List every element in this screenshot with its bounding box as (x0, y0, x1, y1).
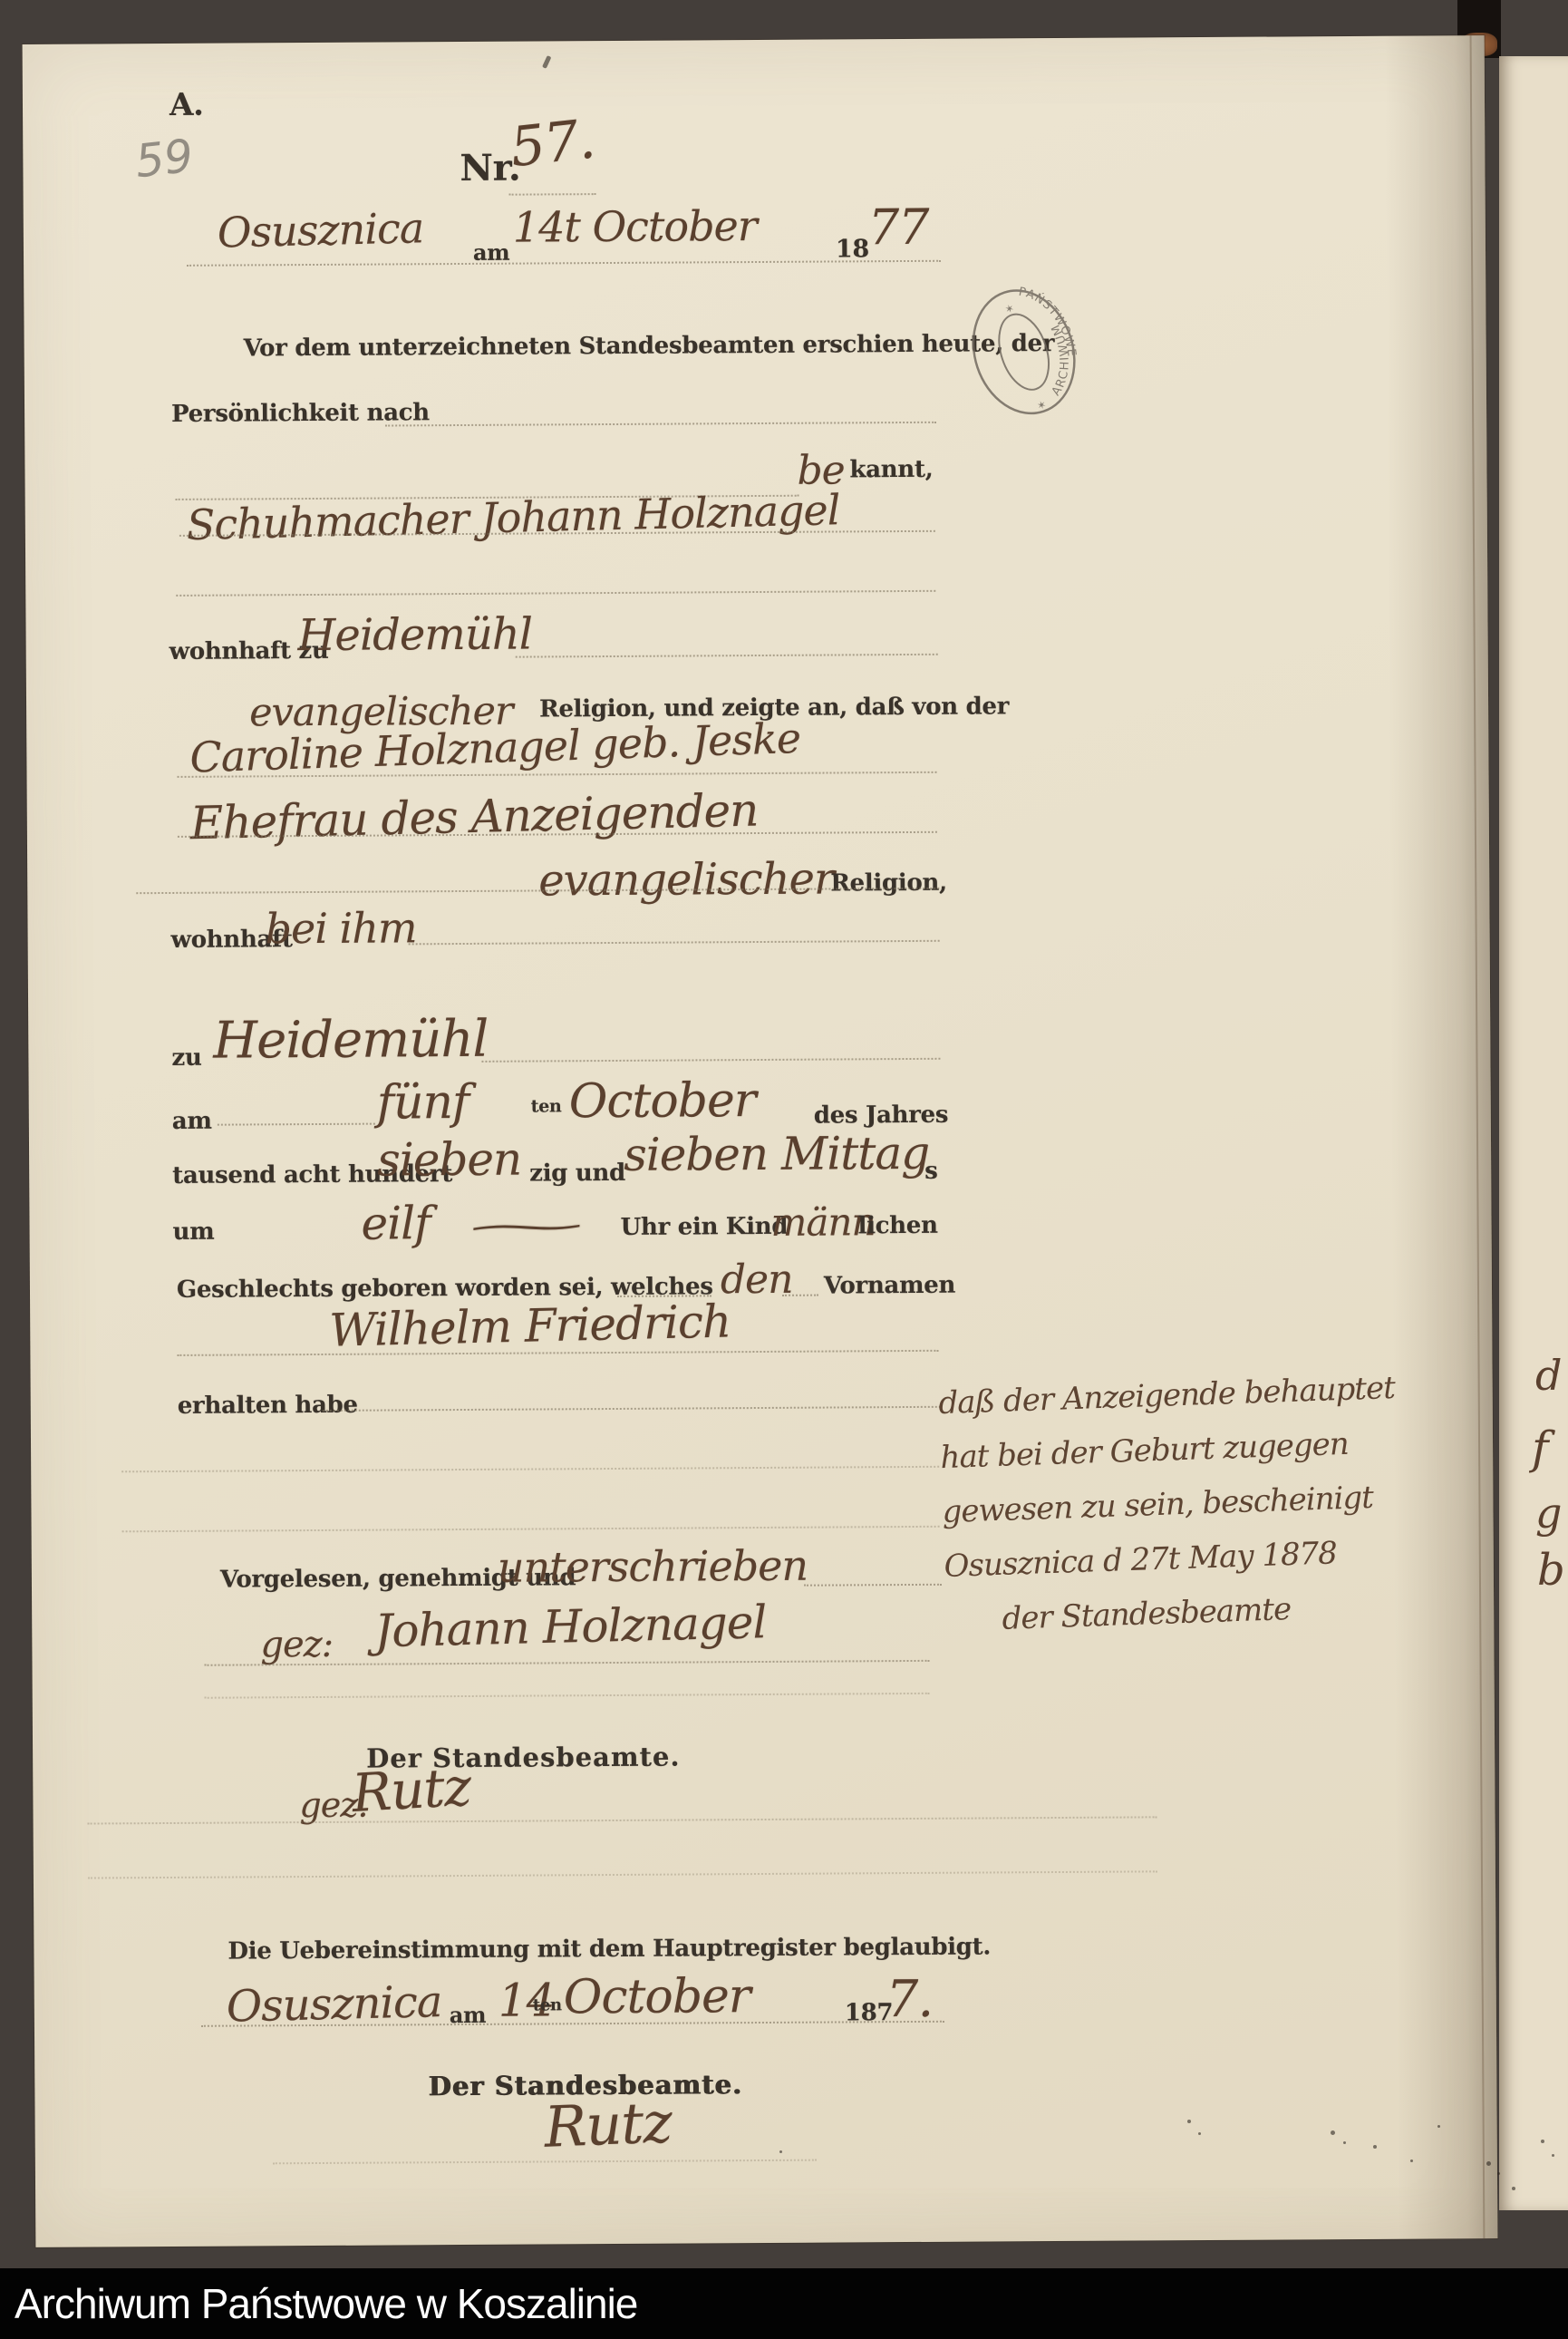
stamp-star-icon: ✶ (1035, 398, 1048, 412)
birth-place: Heidemühl (213, 1010, 488, 1071)
registrar-signature: Rutz (350, 1756, 472, 1825)
ink-speckle (1373, 2145, 1377, 2149)
uhr-ein-kind-label: Uhr ein Kind (620, 1213, 788, 1241)
ink-speckle (779, 2150, 782, 2153)
ink-speckle (1512, 2187, 1515, 2190)
marginal-note: daß der Anzeigende behauptet hat bei der… (937, 1360, 1418, 1648)
dotted-fill-line (176, 590, 935, 597)
persoenlichkeit-label: Persönlichkeit nach (171, 399, 430, 428)
declarant-residence: Heidemühl (297, 609, 532, 662)
ink-speckle (542, 55, 551, 69)
next-page-writing-fragment: g (1535, 1489, 1562, 1538)
child-name: Wilhelm Friedrich (329, 1295, 731, 1356)
dotted-fill-line (187, 260, 941, 267)
registrar-signature-flourish: Rutz (543, 2089, 673, 2160)
next-page-writing-fragment: d (1535, 1351, 1562, 1400)
am-label: am (172, 1108, 212, 1135)
ten-superscript: ten (533, 1995, 562, 2014)
ink-speckle (1410, 2159, 1413, 2162)
ink-speckle (1343, 2141, 1346, 2144)
intro-line: Vor dem unterzeichneten Standesbeamten e… (244, 331, 934, 363)
archival-scan: { "annotations": { "corner_letter": "A."… (0, 0, 1568, 2339)
mother-residence: bei ihm (265, 903, 416, 953)
dotted-fill-line (323, 1406, 941, 1412)
birth-day-written: fünf (377, 1075, 469, 1131)
dotted-fill-line (218, 1123, 375, 1126)
year-unit-written: sieben Mittag (624, 1127, 929, 1181)
stamp-star-icon: ✶ (1003, 302, 1016, 316)
ink-speckle (1198, 2132, 1201, 2135)
dotted-fill-line (804, 1584, 942, 1587)
declarant-signature: Johann Holznagel (374, 1596, 767, 1657)
decade-written: sieben (377, 1133, 521, 1187)
dotted-fill-line (205, 1693, 930, 1699)
ink-speckle (1552, 2154, 1554, 2157)
dotted-fill-line (509, 193, 596, 196)
mother-relation: Ehefrau des Anzeigenden (189, 784, 759, 850)
next-page-writing-fragment: f (1532, 1422, 1549, 1474)
ink-speckle (1486, 2161, 1491, 2166)
dotted-fill-line (481, 1058, 940, 1063)
year-printed-prefix: 18 (836, 235, 869, 263)
gez-abbrev: gez: (260, 1624, 333, 1665)
kannt-printed: kannt, (849, 456, 933, 484)
dotted-fill-line (121, 1466, 939, 1473)
dotted-fill-line (385, 422, 936, 427)
pen-flourish: ∼ (455, 1208, 592, 1246)
ink-speckle (1437, 2125, 1440, 2128)
dotted-fill-line (88, 1870, 1157, 1878)
ink-speckle (1187, 2120, 1191, 2123)
des-jahres-label: des Jahres (814, 1102, 949, 1130)
declarant-name: Schuhmacher Johann Holznagel (186, 485, 840, 549)
record-day-month: 14t October (513, 201, 757, 252)
pencil-page-number: 59 (132, 130, 196, 189)
erhalten-habe-label: erhalten habe (178, 1392, 358, 1420)
archive-footer-bar: Archiwum Państwowe w Koszalinie (0, 2268, 1568, 2339)
registry-page: A. 59 Nr. 57. Osusznica am 14t October 1… (23, 35, 1498, 2247)
ten-superscript: ten (531, 1096, 562, 1116)
um-label: um (173, 1218, 215, 1246)
birth-month-written: October (569, 1073, 756, 1129)
ink-speckle (1541, 2140, 1544, 2143)
record-place: Osusznica (217, 203, 424, 257)
dotted-fill-line (516, 654, 938, 658)
s-suffix-printed: s (924, 1158, 938, 1185)
record-number-value: 57. (508, 107, 598, 180)
certification-line: Die Uebereinstimmung mit dem Hauptregist… (227, 1933, 991, 1965)
zu-label: zu (171, 1044, 201, 1072)
dotted-fill-line (122, 1526, 940, 1533)
religion-printed: Religion, (830, 869, 947, 898)
dotted-fill-line (409, 940, 940, 946)
vornamen-label: Vornamen (824, 1272, 955, 1300)
next-page-writing-fragment: b (1537, 1545, 1565, 1596)
certification-month: October (564, 1969, 750, 2024)
zig-und-label: zig und (529, 1160, 625, 1188)
am-label: am (473, 239, 510, 266)
birth-hour-written: eilf (361, 1197, 430, 1249)
dotted-fill-line (782, 1295, 818, 1296)
mother-religion: evangelischer (538, 853, 834, 906)
archive-stamp: ARCHIWUM PAŃSTWOWE ✶ ✶ (934, 257, 1113, 447)
ink-speckle (1331, 2130, 1335, 2135)
ink-speckle (1497, 2172, 1500, 2175)
next-page-edge: d f g b (1499, 56, 1568, 2210)
lichen-printed: lichen (857, 1212, 937, 1240)
dotted-fill-line (273, 2159, 817, 2165)
year-written: 77 (868, 199, 929, 256)
unterschrieben-written: unterschrieben (498, 1541, 808, 1592)
form-letter-a: A. (169, 87, 204, 123)
archive-name: Archiwum Państwowe w Koszalinie (15, 2279, 637, 2328)
dotted-fill-line (88, 1816, 1157, 1824)
